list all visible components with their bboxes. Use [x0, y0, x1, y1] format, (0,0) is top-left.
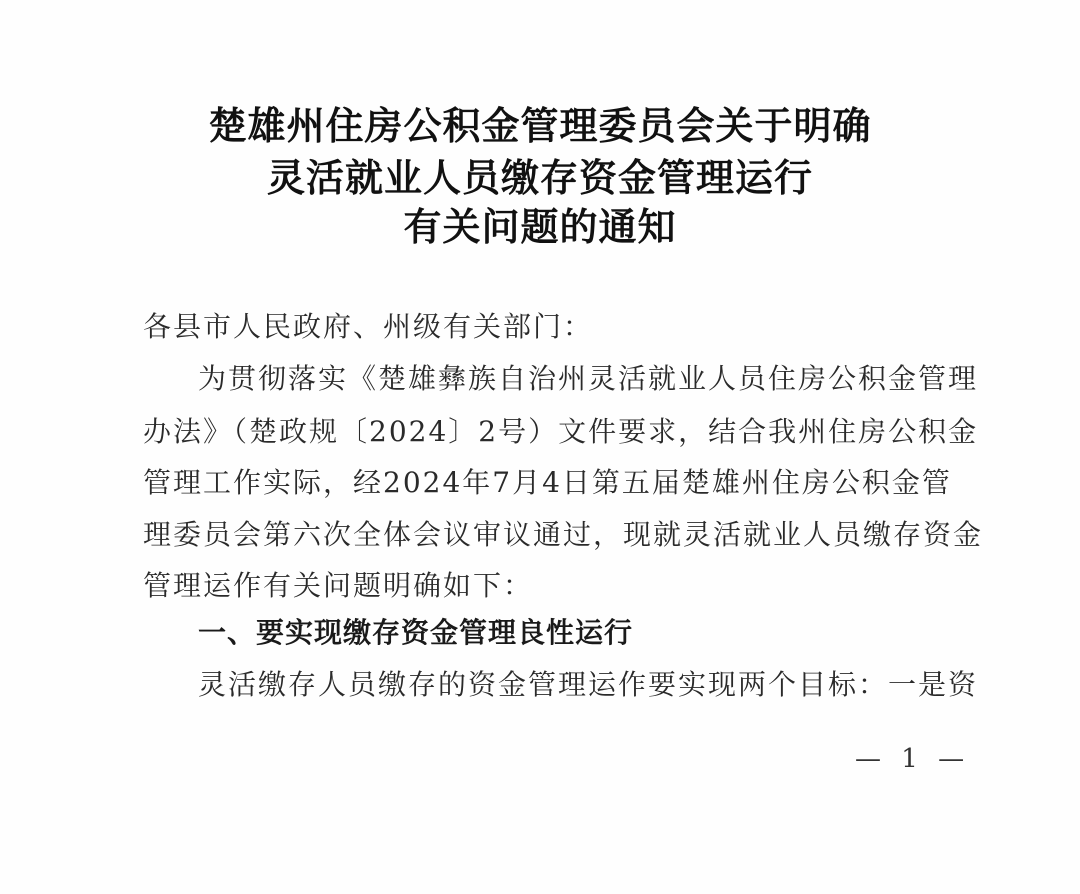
- document-title-line-3: 有关问题的通知: [0, 204, 1080, 250]
- section-1-heading: 一、要实现缴存资金管理良性运行: [198, 613, 633, 653]
- paragraph-1-line-1: 为贯彻落实《楚雄彝族自治州灵活就业人员住房公积金管理: [198, 359, 949, 399]
- document-page: 楚雄州住房公积金管理委员会关于明确 灵活就业人员缴存资金管理运行 有关问题的通知…: [0, 0, 1080, 894]
- paragraph-1-line-3: 管理工作实际，经2024年7月4日第五届楚雄州住房公积金管: [143, 463, 949, 503]
- paragraph-1-line-4: 理委员会第六次全体会议审议通过，现就灵活就业人员缴存资金: [143, 515, 949, 555]
- paragraph-1-line-5: 管理运作有关问题明确如下：: [143, 566, 949, 606]
- page-number: — 1 —: [855, 744, 970, 774]
- salutation: 各县市人民政府、州级有关部门：: [143, 307, 949, 347]
- document-title-line-2: 灵活就业人员缴存资金管理运行: [0, 155, 1080, 201]
- paragraph-1-line-2: 办法》（楚政规〔2024〕2号）文件要求，结合我州住房公积金: [143, 412, 949, 452]
- document-title-line-1: 楚雄州住房公积金管理委员会关于明确: [0, 103, 1080, 149]
- section-1-text-line-1: 灵活缴存人员缴存的资金管理运作要实现两个目标：一是资: [198, 665, 949, 705]
